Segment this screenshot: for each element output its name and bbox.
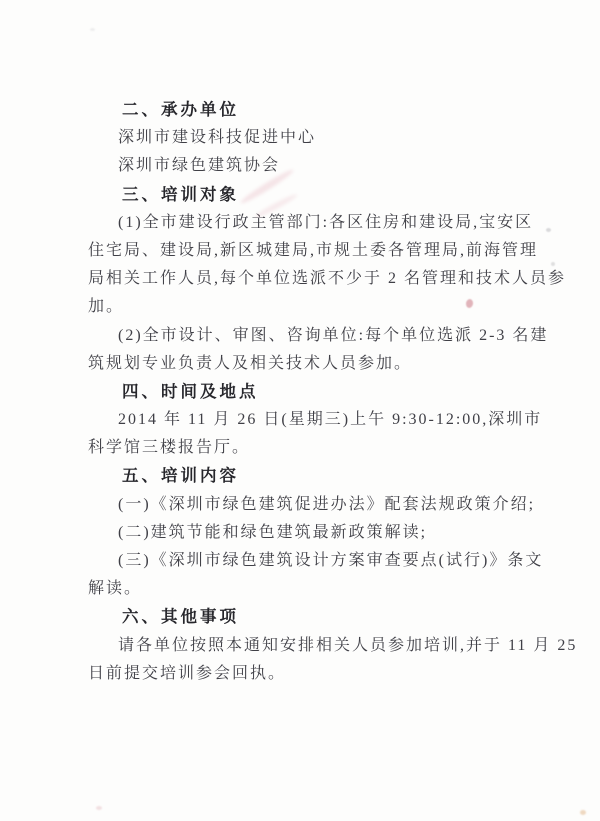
notice-line: (二)建筑节能和绿色建筑最新政策解读; (88, 519, 593, 547)
notice-line: 深圳市建设科技促进中心 (88, 124, 593, 152)
notice-line: 住宅局、建设局,新区城建局,市规土委各管理局,前海管理 (88, 237, 593, 265)
notice-line: (一)《深圳市绿色建筑促进办法》配套法规政策介绍; (88, 491, 593, 519)
notice-heading: 四、时间及地点 (88, 378, 593, 406)
notice-line: (三)《深圳市绿色建筑设计方案审查要点(试行)》条文 (88, 547, 593, 575)
notice-line: 2014 年 11 月 26 日(星期三)上午 9:30-12:00,深圳市 (88, 406, 593, 434)
notice-line: (1)全市建设行政主管部门:各区住房和建设局,宝安区 (88, 209, 593, 237)
scanned-notice-page: 二、承办单位深圳市建设科技促进中心深圳市绿色建筑协会三、培训对象(1)全市建设行… (0, 0, 600, 821)
scan-stain (90, 28, 95, 31)
notice-line: 局相关工作人员,每个单位选派不少于 2 名管理和技术人员参 (88, 265, 593, 293)
notice-body: 二、承办单位深圳市建设科技促进中心深圳市绿色建筑协会三、培训对象(1)全市建设行… (88, 96, 593, 688)
notice-heading: 五、培训内容 (88, 462, 593, 490)
notice-line: 日前提交培训参会回执。 (88, 660, 593, 688)
notice-line: 科学馆三楼报告厅。 (88, 434, 593, 462)
notice-line: 解读。 (88, 575, 593, 603)
notice-line: 请各单位按照本通知安排相关人员参加培训,并于 11 月 25 (88, 632, 593, 660)
notice-line: 深圳市绿色建筑协会 (88, 152, 593, 180)
notice-line: 加。 (88, 293, 593, 321)
notice-line: (2)全市设计、审图、咨询单位:每个单位选派 2-3 名建 (88, 322, 593, 350)
notice-heading: 六、其他事项 (88, 603, 593, 631)
notice-heading: 二、承办单位 (88, 96, 593, 124)
scan-stain (96, 806, 102, 810)
notice-line: 筑规划专业负责人及相关技术人员参加。 (88, 350, 593, 378)
notice-heading: 三、培训对象 (88, 181, 593, 209)
scan-stain (580, 810, 586, 815)
